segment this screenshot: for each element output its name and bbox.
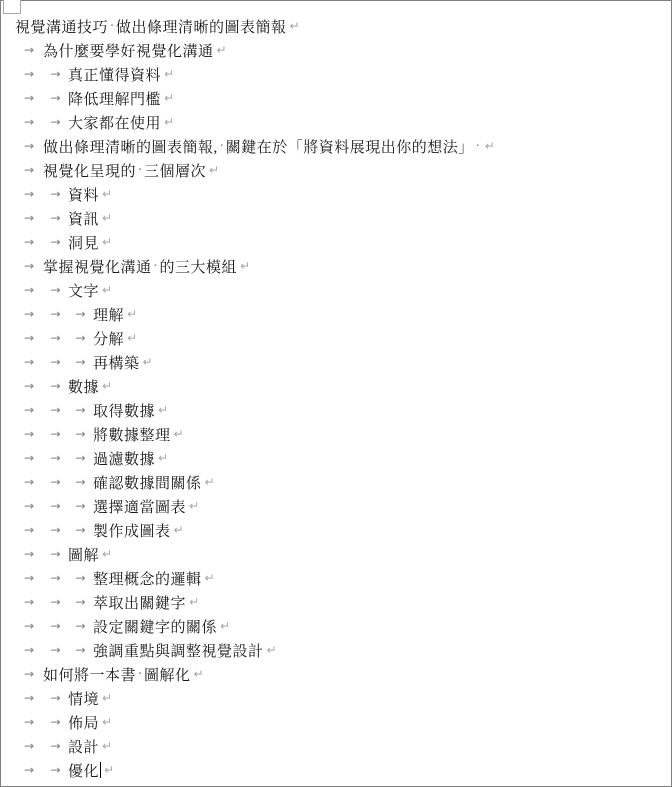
outline-line-24[interactable]: →→→整理概念的邏輯↵ <box>15 566 665 590</box>
tab-mark-icon: → <box>15 763 43 777</box>
outline-line-10[interactable]: →→洞見↵ <box>15 230 665 254</box>
tab-mark-icon: → <box>15 259 43 273</box>
tab-mark-icon: → <box>68 619 93 633</box>
text-run: 為什麼要學好視覺化溝通 <box>43 40 214 61</box>
tab-mark-icon: → <box>15 571 43 585</box>
paragraph-mark-icon: ↵ <box>102 715 112 729</box>
tab-mark-icon: → <box>15 547 43 561</box>
text-run: 情境 <box>68 688 99 709</box>
outline-line-22[interactable]: →→→製作成圖表↵ <box>15 518 665 542</box>
text-run: 做出條理清晰的圖表簡報 <box>116 16 287 37</box>
tab-mark-icon: → <box>43 547 68 561</box>
outline-line-16[interactable]: →→數據↵ <box>15 374 665 398</box>
text-run: 再構築 <box>93 352 140 373</box>
text-run: 真正懂得資料 <box>68 64 161 85</box>
tab-mark-icon: → <box>68 523 93 537</box>
tab-mark-icon: → <box>43 355 68 369</box>
text-run: 將數據整理 <box>93 424 171 445</box>
tab-mark-icon: → <box>15 523 43 537</box>
outline-line-3[interactable]: →→真正懂得資料↵ <box>15 62 665 86</box>
tab-mark-icon: → <box>68 499 93 513</box>
paragraph-mark-icon: ↵ <box>102 187 112 201</box>
outline-line-14[interactable]: →→→分解↵ <box>15 326 665 350</box>
tab-mark-icon: → <box>68 403 93 417</box>
tab-mark-icon: → <box>43 619 68 633</box>
tab-mark-icon: → <box>43 739 68 753</box>
tab-mark-icon: → <box>43 763 68 777</box>
tab-mark-icon: → <box>43 715 68 729</box>
tab-mark-icon: → <box>43 115 68 129</box>
tab-mark-icon: → <box>43 235 68 249</box>
tab-mark-icon: → <box>15 163 43 177</box>
paragraph-mark-icon: ↵ <box>485 139 495 153</box>
tab-mark-icon: → <box>15 187 43 201</box>
paragraph-mark-icon: ↵ <box>267 643 277 657</box>
paragraph-mark-icon: ↵ <box>290 19 300 33</box>
space-mark-icon: · <box>218 138 226 155</box>
tab-mark-icon: → <box>43 451 68 465</box>
paragraph-mark-icon: ↵ <box>217 43 227 57</box>
tab-mark-icon: → <box>68 571 93 585</box>
document-content[interactable]: 視覺溝通技巧·做出條理清晰的圖表簡報↵→為什麼要學好視覺化溝通↵→→真正懂得資料… <box>1 1 671 786</box>
tab-mark-icon: → <box>43 187 68 201</box>
text-run: 大家都在使用 <box>68 112 161 133</box>
text-run: 如何將一本書 <box>43 664 136 685</box>
text-run: 洞見 <box>68 232 99 253</box>
tab-mark-icon: → <box>68 307 93 321</box>
tab-mark-icon: → <box>15 451 43 465</box>
text-run: 資訊 <box>68 208 99 229</box>
space-mark-icon: · <box>136 666 144 683</box>
paragraph-mark-icon: ↵ <box>174 427 184 441</box>
outline-line-19[interactable]: →→→過濾數據↵ <box>15 446 665 470</box>
paragraph-mark-icon: ↵ <box>102 211 112 225</box>
tab-mark-icon: → <box>43 475 68 489</box>
tab-mark-icon: → <box>68 595 93 609</box>
outline-line-8[interactable]: →→資料↵ <box>15 182 665 206</box>
text-run: 強調重點與調整視覺設計 <box>93 640 264 661</box>
paragraph-mark-icon: ↵ <box>102 235 112 249</box>
outline-line-2[interactable]: →為什麼要學好視覺化溝通↵ <box>15 38 665 62</box>
outline-line-23[interactable]: →→圖解↵ <box>15 542 665 566</box>
paragraph-mark-icon: ↵ <box>158 451 168 465</box>
outline-line-26[interactable]: →→→設定關鍵字的關係↵ <box>15 614 665 638</box>
tab-mark-icon: → <box>15 475 43 489</box>
tab-mark-icon: → <box>43 331 68 345</box>
text-run: 選擇適當圖表 <box>93 496 186 517</box>
tab-mark-icon: → <box>15 355 43 369</box>
text-run: 設定關鍵字的關係 <box>93 616 217 637</box>
text-run: 文字 <box>68 280 99 301</box>
tab-mark-icon: → <box>43 691 68 705</box>
tab-mark-icon: → <box>15 643 43 657</box>
tab-mark-icon: → <box>43 211 68 225</box>
tab-mark-icon: → <box>15 91 43 105</box>
paragraph-mark-icon: ↵ <box>102 691 112 705</box>
text-run: 理解 <box>93 304 124 325</box>
paragraph-mark-icon: ↵ <box>209 163 219 177</box>
outline-line-13[interactable]: →→→理解↵ <box>15 302 665 326</box>
text-run: 設計 <box>68 736 99 757</box>
tab-mark-icon: → <box>43 595 68 609</box>
text-run: 整理概念的邏輯 <box>93 568 202 589</box>
paragraph-mark-icon: ↵ <box>102 379 112 393</box>
tab-mark-icon: → <box>43 403 68 417</box>
tab-mark-icon: → <box>15 379 43 393</box>
paragraph-mark-icon: ↵ <box>102 283 112 297</box>
text-run: 資料 <box>68 184 99 205</box>
outline-line-6[interactable]: →做出條理清晰的圖表簡報,·關鍵在於「將資料展現出你的想法」·↵ <box>15 134 665 158</box>
tab-mark-icon: → <box>43 379 68 393</box>
text-run: 優化 <box>68 760 99 781</box>
tab-mark-icon: → <box>43 571 68 585</box>
outline-line-28[interactable]: →如何將一本書·圖解化↵ <box>15 662 665 686</box>
text-run: 做出條理清晰的圖表簡報, <box>43 136 218 157</box>
tab-mark-icon: → <box>43 307 68 321</box>
text-run: 萃取出關鍵字 <box>93 592 186 613</box>
tab-mark-icon: → <box>43 67 68 81</box>
text-caret <box>100 762 101 778</box>
space-mark-icon: · <box>474 138 482 155</box>
paragraph-mark-icon: ↵ <box>127 307 137 321</box>
text-run: 製作成圖表 <box>93 520 171 541</box>
tab-mark-icon: → <box>68 331 93 345</box>
space-mark-icon: · <box>136 162 144 179</box>
tab-mark-icon: → <box>15 499 43 513</box>
paragraph-mark-icon: ↵ <box>102 547 112 561</box>
paragraph-mark-icon: ↵ <box>220 619 230 633</box>
tab-mark-icon: → <box>43 283 68 297</box>
text-run: 數據 <box>68 376 99 397</box>
text-run: 佈局 <box>68 712 99 733</box>
tab-mark-icon: → <box>15 691 43 705</box>
tab-mark-icon: → <box>43 499 68 513</box>
tab-mark-icon: → <box>43 427 68 441</box>
tab-mark-icon: → <box>15 739 43 753</box>
tab-mark-icon: → <box>15 115 43 129</box>
outline-line-17[interactable]: →→→取得數據↵ <box>15 398 665 422</box>
tab-mark-icon: → <box>15 715 43 729</box>
paragraph-mark-icon: ↵ <box>205 571 215 585</box>
outline-line-30[interactable]: →→佈局↵ <box>15 710 665 734</box>
tab-mark-icon: → <box>43 523 68 537</box>
paragraph-mark-icon: ↵ <box>240 259 250 273</box>
outline-line-20[interactable]: →→→確認數據間關係↵ <box>15 470 665 494</box>
tab-mark-icon: → <box>15 283 43 297</box>
tab-mark-icon: → <box>15 235 43 249</box>
paragraph-mark-icon: ↵ <box>102 739 112 753</box>
text-run: 過濾數據 <box>93 448 155 469</box>
outline-line-9[interactable]: →→資訊↵ <box>15 206 665 230</box>
text-run: 關鍵在於「將資料展現出你的想法」 <box>226 136 474 157</box>
tab-mark-icon: → <box>68 427 93 441</box>
paragraph-mark-icon: ↵ <box>164 115 174 129</box>
tab-mark-icon: → <box>15 139 43 153</box>
text-run: 圖解化 <box>144 664 191 685</box>
tab-mark-icon: → <box>15 211 43 225</box>
outline-line-1[interactable]: 視覺溝通技巧·做出條理清晰的圖表簡報↵ <box>15 14 665 38</box>
outline-line-12[interactable]: →→文字↵ <box>15 278 665 302</box>
tab-mark-icon: → <box>43 91 68 105</box>
text-run: 取得數據 <box>93 400 155 421</box>
tab-mark-icon: → <box>68 355 93 369</box>
paragraph-mark-icon: ↵ <box>104 763 114 777</box>
tab-mark-icon: → <box>15 619 43 633</box>
text-run: 掌握視覺化溝通 <box>43 256 152 277</box>
paragraph-mark-icon: ↵ <box>164 67 174 81</box>
text-run: 視覺溝通技巧 <box>15 16 108 37</box>
space-mark-icon: · <box>152 258 160 275</box>
tab-mark-icon: → <box>15 595 43 609</box>
paragraph-mark-icon: ↵ <box>189 595 199 609</box>
paragraph-mark-icon: ↵ <box>189 499 199 513</box>
text-run: 視覺化呈現的 <box>43 160 136 181</box>
tab-mark-icon: → <box>15 307 43 321</box>
outline-line-29[interactable]: →→情境↵ <box>15 686 665 710</box>
tab-mark-icon: → <box>15 403 43 417</box>
document-page: 視覺溝通技巧·做出條理清晰的圖表簡報↵→為什麼要學好視覺化溝通↵→→真正懂得資料… <box>0 0 672 787</box>
tab-mark-icon: → <box>68 451 93 465</box>
text-run: 圖解 <box>68 544 99 565</box>
space-mark-icon: · <box>108 18 116 35</box>
paragraph-mark-icon: ↵ <box>158 403 168 417</box>
outline-line-25[interactable]: →→→萃取出關鍵字↵ <box>15 590 665 614</box>
paragraph-mark-icon: ↵ <box>205 475 215 489</box>
outline-line-5[interactable]: →→大家都在使用↵ <box>15 110 665 134</box>
text-run: 分解 <box>93 328 124 349</box>
tab-mark-icon: → <box>15 331 43 345</box>
paragraph-mark-icon: ↵ <box>127 331 137 345</box>
paragraph-mark-icon: ↵ <box>143 355 153 369</box>
outline-line-15[interactable]: →→→再構築↵ <box>15 350 665 374</box>
outline-line-4[interactable]: →→降低理解門檻↵ <box>15 86 665 110</box>
tab-mark-icon: → <box>15 667 43 681</box>
tab-mark-icon: → <box>68 475 93 489</box>
text-run: 的三大模組 <box>160 256 238 277</box>
outline-line-31[interactable]: →→設計↵ <box>15 734 665 758</box>
tab-mark-icon: → <box>15 67 43 81</box>
text-run: 三個層次 <box>144 160 206 181</box>
paragraph-mark-icon: ↵ <box>194 667 204 681</box>
text-run: 確認數據間關係 <box>93 472 202 493</box>
paragraph-mark-icon: ↵ <box>164 91 174 105</box>
tab-mark-icon: → <box>15 43 43 57</box>
text-run: 降低理解門檻 <box>68 88 161 109</box>
outline-line-27[interactable]: →→→強調重點與調整視覺設計↵ <box>15 638 665 662</box>
tab-mark-icon: → <box>68 643 93 657</box>
paragraph-mark-icon: ↵ <box>174 523 184 537</box>
tab-mark-icon: → <box>43 643 68 657</box>
outline-line-18[interactable]: →→→將數據整理↵ <box>15 422 665 446</box>
outline-line-7[interactable]: →視覺化呈現的·三個層次↵ <box>15 158 665 182</box>
outline-line-21[interactable]: →→→選擇適當圖表↵ <box>15 494 665 518</box>
outline-line-11[interactable]: →掌握視覺化溝通·的三大模組↵ <box>15 254 665 278</box>
outline-line-32[interactable]: →→優化↵ <box>15 758 665 782</box>
tab-mark-icon: → <box>15 427 43 441</box>
